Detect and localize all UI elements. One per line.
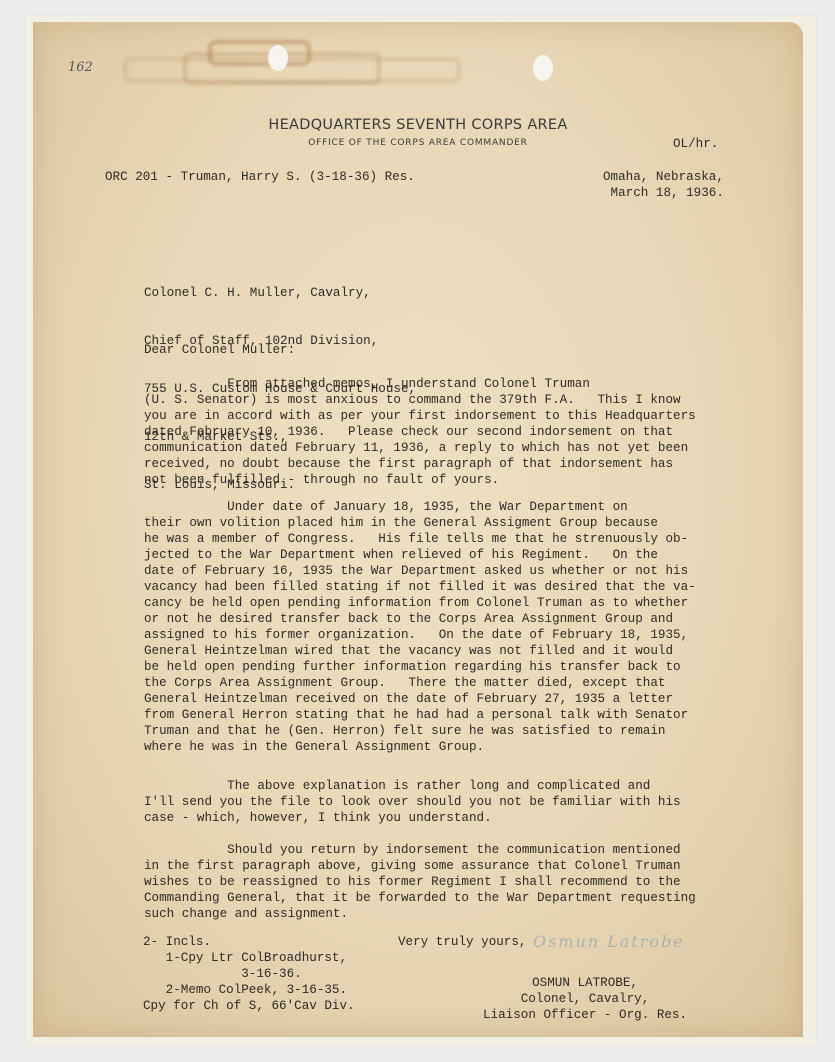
paragraph-2: Under date of January 18, 1935, the War … [144,499,696,755]
place-date: Omaha, Nebraska,March 18, 1936. [603,169,724,201]
paragraph-1: From attached memos, I understand Colone… [144,376,696,488]
file-reference: ORC 201 - Truman, Harry S. (3-18-36) Res… [105,169,415,185]
punch-hole [533,55,553,81]
letter-page: 162 HEADQUARTERS SEVENTH CORPS AREA OFFI… [33,22,803,1037]
rust-stain [123,57,461,83]
salutation: Dear Colonel Muller: [144,342,295,358]
handwritten-signature: Osmun Latrobe [533,932,685,951]
place: Omaha, Nebraska, [603,169,724,185]
page-number: 162 [68,60,93,75]
address-line: Colonel C. H. Muller, Cavalry, [144,285,416,301]
letterhead-title: HEADQUARTERS SEVENTH CORPS AREA [33,117,803,133]
paragraph-4: Should you return by indorsement the com… [144,842,696,922]
enclosures: 2- Incls. 1-Cpy Ltr ColBroadhurst, 3-16-… [143,934,355,1014]
date: March 18, 1936. [603,185,724,201]
signature-block: OSMUN LATROBE, Colonel, Cavalry, Liaison… [483,975,687,1023]
typist-initials: OL/hr. [673,136,718,152]
paragraph-3: The above explanation is rather long and… [144,778,681,826]
punch-hole [268,45,288,71]
closing: Very truly yours, [398,934,526,950]
